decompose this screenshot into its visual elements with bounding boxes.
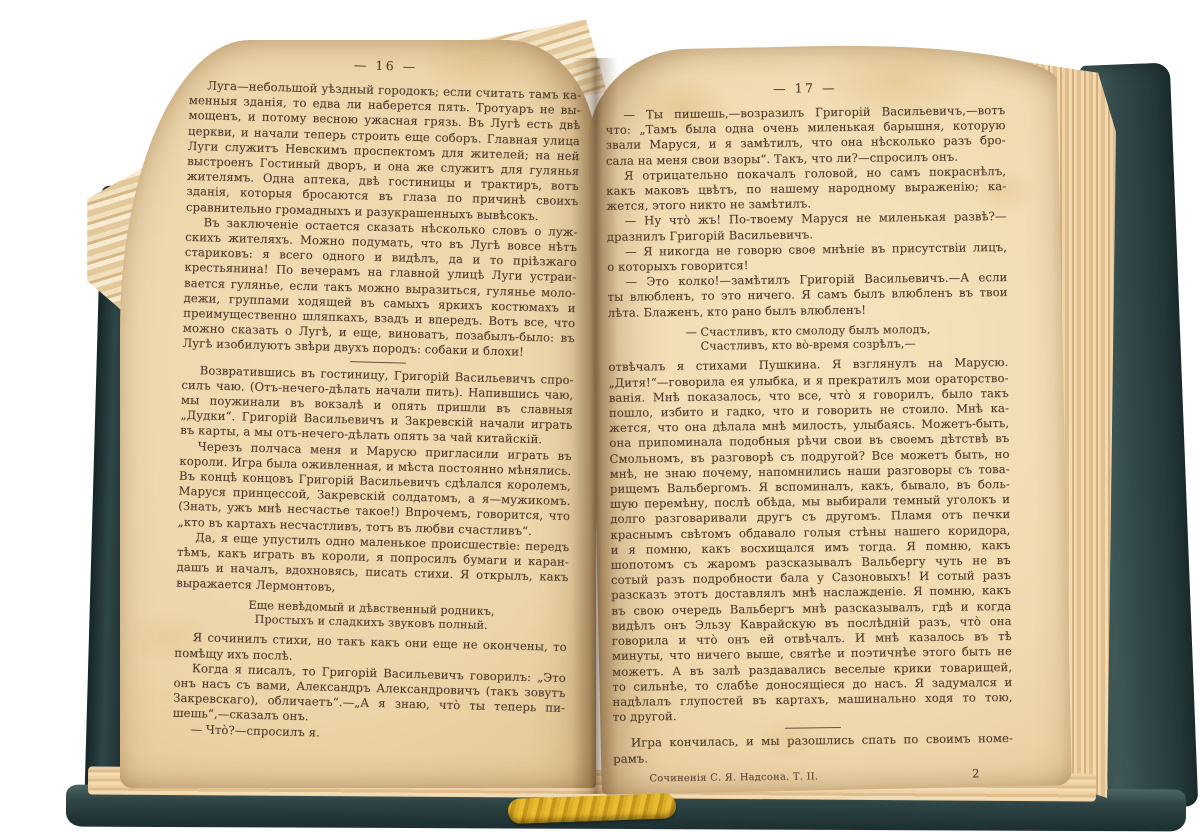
paragraph: отвѣчалъ я стихами Пушкина. Я взглянулъ … bbox=[608, 355, 1012, 725]
paragraph: Игра кончилась, и мы разошлись спать по … bbox=[613, 731, 1013, 766]
right-page-body-text: — Ты пишешь,—возразилъ Григорій Васильев… bbox=[605, 103, 1013, 767]
paragraph: Когда я писалъ, то Григорій Васильевичъ … bbox=[173, 660, 566, 731]
section-divider bbox=[350, 361, 406, 363]
paragraph: Я отрицательно покачалъ головой, но самъ… bbox=[606, 164, 1007, 214]
paragraph: Черезъ полчаса меня и Марусю пригласили … bbox=[178, 438, 572, 539]
paragraph: — Ну что̀ жъ! По-твоему Маруся не милень… bbox=[607, 209, 1007, 244]
left-page-text-block: — 16 — Луга—небольшой уѣздный городокъ; … bbox=[172, 53, 582, 747]
left-page-body-text: Луга—небольшой уѣздный городокъ; если сч… bbox=[172, 78, 581, 747]
verse-quote: — Счастливъ, кто смолоду былъ молодъ,Сча… bbox=[608, 322, 1008, 354]
paragraph: Да, я еще упустилъ одно маленькое происш… bbox=[176, 530, 569, 601]
right-page-footer: Сочиненія С. Я. Надсона. Т. II. 2 bbox=[613, 766, 1013, 785]
paragraph: — Ты пишешь,—возразилъ Григорій Васильев… bbox=[605, 103, 1006, 169]
paragraph: — Я никогда не говорю свое мнѣніе въ при… bbox=[607, 240, 1007, 275]
right-page: — 17 — — Ты пишешь,—возразилъ Григорій В… bbox=[586, 41, 1071, 795]
paragraph: Возвратившись въ гостиницу, Григорій Вас… bbox=[180, 362, 574, 448]
imprint-line: Сочиненія С. Я. Надсона. Т. II. bbox=[649, 771, 818, 784]
verse-quote: Еще невѣдомый и дѣвственный родникъ,Прос… bbox=[175, 596, 568, 634]
left-page: — 16 — Луга—небольшой уѣздный городокъ; … bbox=[120, 40, 596, 788]
section-divider bbox=[785, 727, 841, 729]
photo-of-open-book: — 16 — Луга—небольшой уѣздный городокъ; … bbox=[0, 0, 1200, 832]
right-page-text-block: — 17 — — Ты пишешь,—возразилъ Григорій В… bbox=[605, 78, 1014, 785]
right-page-number: — 17 — bbox=[605, 78, 1005, 98]
paragraph: Луга—небольшой уѣздный городокъ; если сч… bbox=[186, 78, 581, 225]
signature-number: 2 bbox=[972, 766, 979, 780]
left-page-number: — 16 — bbox=[190, 53, 582, 78]
paragraph: Въ заключеніе остается сказать нѣсколько… bbox=[182, 215, 577, 362]
paragraph: — Это колко!—замѣтилъ Григорій Васильеви… bbox=[607, 270, 1008, 320]
